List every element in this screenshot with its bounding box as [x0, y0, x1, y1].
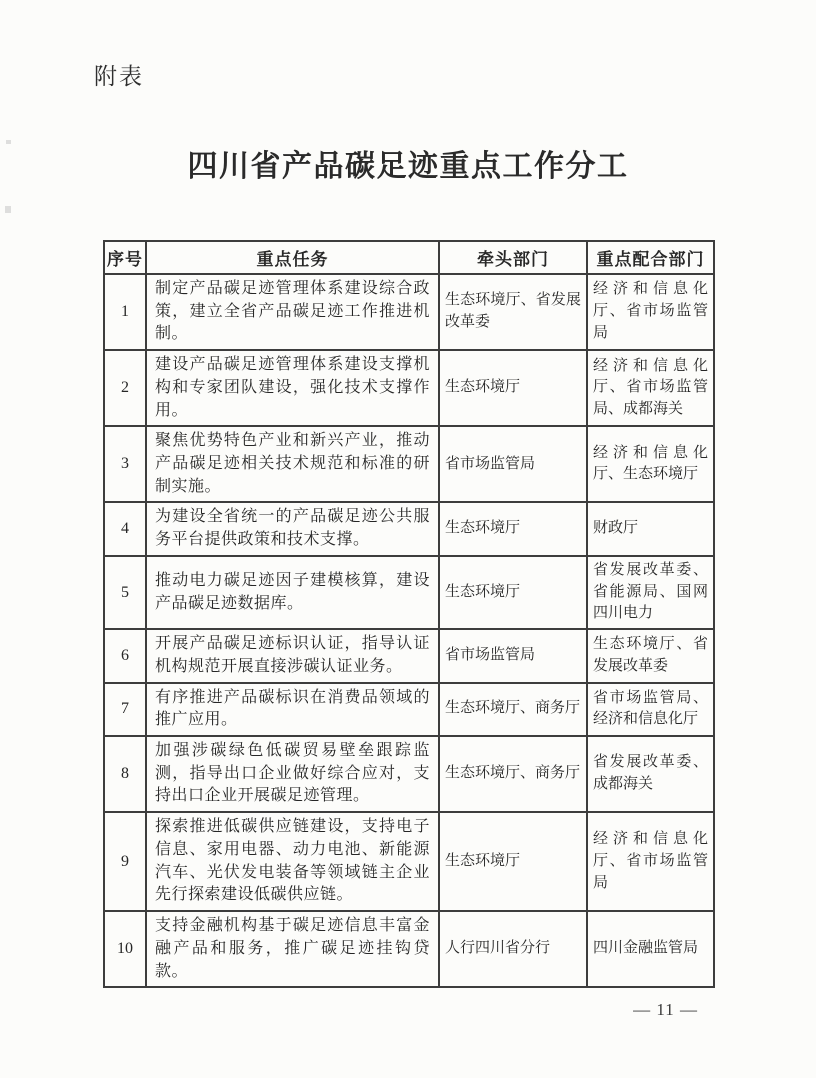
table-row: 5 推动电力碳足迹因子建模核算，建设产品碳足迹数据库。 生态环境厅 省发展改革委… — [104, 556, 714, 629]
cell-number: 7 — [104, 683, 146, 736]
cell-support-department: 经济和信息化厅、省市场监管局、成都海关 — [587, 350, 714, 426]
cell-number: 8 — [104, 736, 146, 812]
cell-lead-department: 生态环境厅、省发展改革委 — [439, 274, 587, 350]
cell-support-department: 财政厅 — [587, 502, 714, 555]
cell-number: 9 — [104, 812, 146, 911]
cell-support-department: 省发展改革委、成都海关 — [587, 736, 714, 812]
table-row: 9 探索推进低碳供应链建设，支持电子信息、家用电器、动力电池、新能源汽车、光伏发… — [104, 812, 714, 911]
cell-lead-department: 生态环境厅、商务厅 — [439, 736, 587, 812]
work-division-table: 序号 重点任务 牵头部门 重点配合部门 1 制定产品碳足迹管理体系建设综合政策，… — [103, 240, 715, 988]
cell-task: 开展产品碳足迹标识认证，指导认证机构规范开展直接涉碳认证业务。 — [146, 629, 439, 682]
cell-lead-department: 省市场监管局 — [439, 426, 587, 502]
cell-number: 1 — [104, 274, 146, 350]
header-cell-support-department: 重点配合部门 — [587, 241, 714, 274]
cell-task: 有序推进产品碳标识在消费品领域的推广应用。 — [146, 683, 439, 736]
cell-task: 探索推进低碳供应链建设，支持电子信息、家用电器、动力电池、新能源汽车、光伏发电装… — [146, 812, 439, 911]
cell-lead-department: 生态环境厅 — [439, 502, 587, 555]
table-row: 10 支持金融机构基于碳足迹信息丰富金融产品和服务，推广碳足迹挂钩贷款。 人行四… — [104, 911, 714, 987]
cell-support-department: 经济和信息化厅、省市场监管局 — [587, 274, 714, 350]
cell-number: 5 — [104, 556, 146, 629]
table-row: 8 加强涉碳绿色低碳贸易壁垒跟踪监测，指导出口企业做好综合应对，支持出口企业开展… — [104, 736, 714, 812]
table-body: 1 制定产品碳足迹管理体系建设综合政策，建立全省产品碳足迹工作推进机制。 生态环… — [104, 274, 714, 987]
cell-task: 建设产品碳足迹管理体系建设支撑机构和专家团队建设，强化技术支撑作用。 — [146, 350, 439, 426]
header-cell-lead-department: 牵头部门 — [439, 241, 587, 274]
table-row: 2 建设产品碳足迹管理体系建设支撑机构和专家团队建设，强化技术支撑作用。 生态环… — [104, 350, 714, 426]
cell-support-department: 经济和信息化厅、省市场监管局 — [587, 812, 714, 911]
cell-number: 2 — [104, 350, 146, 426]
cell-number: 4 — [104, 502, 146, 555]
document-page: { "page": { "attachment_label": "附表", "t… — [0, 0, 816, 1078]
page-number: — 11 — — [633, 1000, 698, 1020]
cell-task: 推动电力碳足迹因子建模核算，建设产品碳足迹数据库。 — [146, 556, 439, 629]
scan-artifact-speck — [5, 206, 11, 213]
table-row: 4 为建设全省统一的产品碳足迹公共服务平台提供政策和技术支撑。 生态环境厅 财政… — [104, 502, 714, 555]
cell-lead-department: 生态环境厅 — [439, 556, 587, 629]
cell-lead-department: 生态环境厅 — [439, 812, 587, 911]
attachment-label: 附表 — [94, 58, 144, 91]
table-row: 6 开展产品碳足迹标识认证，指导认证机构规范开展直接涉碳认证业务。 省市场监管局… — [104, 629, 714, 682]
cell-task: 制定产品碳足迹管理体系建设综合政策，建立全省产品碳足迹工作推进机制。 — [146, 274, 439, 350]
cell-lead-department: 人行四川省分行 — [439, 911, 587, 987]
cell-lead-department: 省市场监管局 — [439, 629, 587, 682]
cell-number: 3 — [104, 426, 146, 502]
cell-number: 10 — [104, 911, 146, 987]
cell-lead-department: 生态环境厅、商务厅 — [439, 683, 587, 736]
table-row: 1 制定产品碳足迹管理体系建设综合政策，建立全省产品碳足迹工作推进机制。 生态环… — [104, 274, 714, 350]
header-cell-task: 重点任务 — [146, 241, 439, 274]
cell-support-department: 四川金融监管局 — [587, 911, 714, 987]
page-title: 四川省产品碳足迹重点工作分工 — [0, 141, 816, 185]
cell-support-department: 省市场监管局、经济和信息化厅 — [587, 683, 714, 736]
cell-support-department: 经济和信息化厅、生态环境厅 — [587, 426, 714, 502]
cell-support-department: 省发展改革委、省能源局、国网四川电力 — [587, 556, 714, 629]
cell-lead-department: 生态环境厅 — [439, 350, 587, 426]
header-cell-number: 序号 — [104, 241, 146, 274]
cell-task: 支持金融机构基于碳足迹信息丰富金融产品和服务，推广碳足迹挂钩贷款。 — [146, 911, 439, 987]
cell-task: 为建设全省统一的产品碳足迹公共服务平台提供政策和技术支撑。 — [146, 502, 439, 555]
table-row: 3 聚焦优势特色产业和新兴产业，推动产品碳足迹相关技术规范和标准的研制实施。 省… — [104, 426, 714, 502]
cell-task: 聚焦优势特色产业和新兴产业，推动产品碳足迹相关技术规范和标准的研制实施。 — [146, 426, 439, 502]
cell-support-department: 生态环境厅、省发展改革委 — [587, 629, 714, 682]
cell-task: 加强涉碳绿色低碳贸易壁垒跟踪监测，指导出口企业做好综合应对，支持出口企业开展碳足… — [146, 736, 439, 812]
table-header-row: 序号 重点任务 牵头部门 重点配合部门 — [104, 241, 714, 274]
cell-number: 6 — [104, 629, 146, 682]
table-row: 7 有序推进产品碳标识在消费品领域的推广应用。 生态环境厅、商务厅 省市场监管局… — [104, 683, 714, 736]
